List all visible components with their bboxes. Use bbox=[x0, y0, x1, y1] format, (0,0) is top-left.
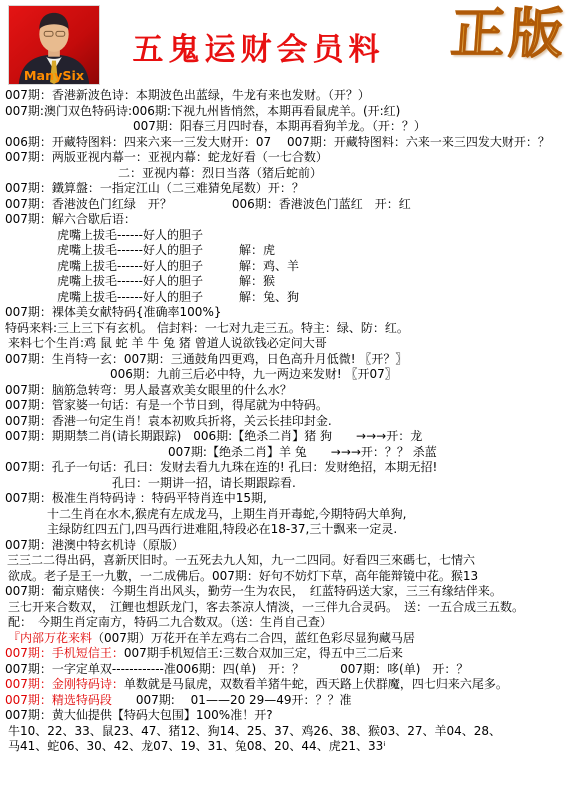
text-line: 欲成。老子是王一九數，一二成佛后。007期：好句不妨灯下草，高年能辩镜中花。猴1… bbox=[0, 569, 575, 585]
badge-area: 正版 bbox=[417, 0, 575, 63]
text-segment-red: 007期：金刚特码诗： bbox=[5, 677, 124, 691]
text-segment: 007期：管家婆一句话：有是一个节日到，得尾就为中特码。 bbox=[5, 398, 328, 412]
text-segment: 孔曰：一期讲一招，请长期跟踪看. bbox=[112, 476, 296, 490]
text-line: 虎嘴上拔毛------好人的胆子 bbox=[0, 228, 575, 244]
text-segment: 007期：生肖特一玄：007期：三通鼓角四更鸡，日色高升月低微! 〖开？〗 bbox=[5, 352, 407, 366]
text-line: 007期：香港波色门红绿 开？ 006期：香港波色门蓝红 开：红 bbox=[0, 197, 575, 213]
text-segment: 006期：九前三后必中特，九一两边来发财! 〖开07〗 bbox=[110, 367, 397, 381]
text-segment: 007期：港澳中特玄机诗（原版） bbox=[5, 538, 184, 552]
text-segment: 007期：孔子一句话：孔曰：发财去看九九珠在连的! 孔曰：发财绝招，本期无招! bbox=[5, 460, 437, 474]
text-line: 007期：鐵算盤：一指定江山（二三难猜免尾数）开：？ bbox=[0, 181, 575, 197]
text-line: 007期:【绝杀二肖】羊 兔 →→→开：？？ 杀蓝 bbox=[0, 445, 575, 461]
text-line: 007期：生肖特一玄：007期：三通鼓角四更鸡，日色高升月低微! 〖开？〗 bbox=[0, 352, 575, 368]
text-line: 007期：两版亚视内幕一：亚视内幕：蛇龙好看（一七合数） bbox=[0, 150, 575, 166]
text-segment: 虎嘴上拔毛------好人的胆子 bbox=[57, 228, 203, 242]
text-segment: 007期：阳春三月四时春，本期再看狗羊龙。（开：？） bbox=[133, 119, 426, 133]
text-line: 007期：孔子一句话：孔曰：发财去看九九珠在连的! 孔曰：发财绝招，本期无招! bbox=[0, 460, 575, 476]
text-segment: 虎嘴上拔毛------好人的胆子 解：虎 bbox=[57, 243, 275, 257]
text-segment: 007期：葡京赌侠：今期生肖出风头，勤劳一生为农民， 红蓝特码送大家，三三有缘结… bbox=[5, 584, 502, 598]
text-segment: 007期:澳门双色特码诗:006期:下视九州皆悄然，本期再看鼠虎羊。(开:红) bbox=[5, 104, 400, 118]
text-segment-red: 『内部万花来料 bbox=[8, 631, 92, 645]
portrait-photo: ManySix bbox=[8, 5, 100, 85]
text-line: 007期：香港新波色诗：本期波色出蓝绿，牛龙有来也发财。（开？） bbox=[0, 88, 575, 104]
text-line: 007期：手机短信王：007期手机短信王:三数合双加三定，得五中三二后来 bbox=[0, 646, 575, 662]
text-line: 『内部万花来料（007期）万花开在羊左鸡右二合四，蓝红色彩尽显狗藏马居 bbox=[0, 631, 575, 647]
text-line: 主绿防红四五门,四马西行进难阻,特段必在18-37,三十飘来一定灵. bbox=[0, 522, 575, 538]
title-area: 五鬼运财会员料 bbox=[100, 0, 417, 69]
text-line: 马41、蛇06、30、42、龙07、19、31、兔08、20、44、虎21、33… bbox=[0, 739, 575, 755]
text-segment: 006期：开藏特图料：四来六来一三发大财开：07 007期：开藏特图料：六来一来… bbox=[5, 135, 550, 149]
text-segment: 马41、蛇06、30、42、龙07、19、31、兔08、20、44、虎21、33… bbox=[8, 739, 385, 753]
text-line: 虎嘴上拔毛------好人的胆子 解：虎 bbox=[0, 243, 575, 259]
text-line: 虎嘴上拔毛------好人的胆子 解：兔、狗 bbox=[0, 290, 575, 306]
photo-watermark: ManySix bbox=[24, 68, 84, 83]
text-segment: 007期: 01——20 29—49开：？？准 bbox=[112, 693, 352, 707]
text-line: 配： 今期生肖定南方，特码二九合数双。（送：生肖自己查） bbox=[0, 615, 575, 631]
text-segment: 007期：期期禁二肖(请长期跟踪) 006期:【绝杀二肖】猪 狗 →→→开：龙 bbox=[5, 429, 422, 443]
text-line: 007期：期期禁二肖(请长期跟踪) 006期:【绝杀二肖】猪 狗 →→→开：龙 bbox=[0, 429, 575, 445]
text-line: 007期：精选特码段 007期: 01——20 29—49开：？？准 bbox=[0, 693, 575, 709]
text-segment: 三三二二得出码，喜新厌旧时。一五死去九人知，九一二四同。好看四三來碼七，七情六 bbox=[7, 553, 475, 567]
text-line: 007期：脑筋急转弯：男人最喜欢美女眼里的什么水？ bbox=[0, 383, 575, 399]
text-segment: 007期：黄大仙提供【特码大包围】100%准！开? bbox=[5, 708, 273, 722]
text-segment: 主绿防红四五门,四马西行进难阻,特段必在18-37,三十飘来一定灵. bbox=[47, 522, 397, 536]
page-title: 五鬼运财会员料 bbox=[133, 24, 385, 69]
text-segment: 特码来料:三上三下有玄机。 信封料：一七对九走三五。特主：绿、防：红。 bbox=[5, 321, 409, 335]
text-line: 007期：黄大仙提供【特码大包围】100%准！开? bbox=[0, 708, 575, 724]
text-segment: 007期：鐵算盤：一指定江山（二三难猜免尾数）开：？ bbox=[5, 181, 304, 195]
text-line: 来料七个生肖:鸡 鼠 蛇 羊 牛 兔 猪 曾道人说欲钱必定问大哥 bbox=[0, 336, 575, 352]
text-line: 牛10、22、33、鼠23、47、猪12、狗14、25、37、鸡26、38、猴0… bbox=[0, 724, 575, 740]
text-segment: 三七开来合数双， 江鲤也想跃龙门，客去茶凉人情淡，一三伴九合灵码。 送：一五合成… bbox=[8, 600, 524, 614]
text-segment-red: 007期：精选特码段 bbox=[5, 693, 112, 707]
text-segment: 牛10、22、33、鼠23、47、猪12、狗14、25、37、鸡26、38、猴0… bbox=[8, 724, 501, 738]
text-line: 007期：阳春三月四时春，本期再看狗羊龙。（开：？） bbox=[0, 119, 575, 135]
text-line: 007期：金刚特码诗：单数就是马鼠虎，双数看羊猪牛蛇，西天路上伏群魔，四七归来六… bbox=[0, 677, 575, 693]
text-segment: 007期:【绝杀二肖】羊 兔 →→→开：？？ 杀蓝 bbox=[168, 445, 437, 459]
text-segment: 007期：香港新波色诗：本期波色出蓝绿，牛龙有来也发财。（开？） bbox=[5, 88, 370, 102]
text-segment: 虎嘴上拔毛------好人的胆子 解：猴 bbox=[57, 274, 275, 288]
tip-sheet-page: ManySix 五鬼运财会员料 正版 007期：香港新波色诗：本期波色出蓝绿，牛… bbox=[0, 0, 575, 794]
text-segment: 单数就是马鼠虎，双数看羊猪牛蛇，西天路上伏群魔，四七归来六尾多。 bbox=[124, 677, 508, 691]
text-line: 007期：一字定单双------------准006期：四(单) 开：？ 007… bbox=[0, 662, 575, 678]
text-line: 007期：极准生肖特码诗 ：特码平特肖连中15期, bbox=[0, 491, 575, 507]
text-line: 007期：解六合歇后语： bbox=[0, 212, 575, 228]
text-line: 孔曰：一期讲一招，请长期跟踪看. bbox=[0, 476, 575, 492]
text-segment: 007期：脑筋急转弯：男人最喜欢美女眼里的什么水？ bbox=[5, 383, 292, 397]
text-segment: 虎嘴上拔毛------好人的胆子 解：鸡、羊 bbox=[57, 259, 299, 273]
text-line: 虎嘴上拔毛------好人的胆子 解：猴 bbox=[0, 274, 575, 290]
text-segment: 欲成。老子是王一九數，一二成佛后。007期：好句不妨灯下草，高年能辩镜中花。猴1… bbox=[8, 569, 478, 583]
text-segment: 二：亚视内幕：烈日当落（猪后蛇前） bbox=[118, 166, 322, 180]
text-segment: 007期手机短信王:三数合双加三定，得五中三二后来 bbox=[124, 646, 403, 660]
text-segment-red: 007期：手机短信王： bbox=[5, 646, 124, 660]
text-segment: 配： 今期生肖定南方，特码二九合数双。（送：生肖自己查） bbox=[8, 615, 332, 629]
text-segment: 007期：一字定单双------------准006期：四(单) 开：？ 007… bbox=[5, 662, 468, 676]
text-segment: 007期：裸体美女献特码{准确率100%} bbox=[5, 305, 221, 319]
genuine-badge: 正版 bbox=[449, 4, 569, 63]
header: ManySix 五鬼运财会员料 正版 bbox=[0, 0, 575, 86]
text-segment: 007期：香港一句定生肖！袁本初败兵折将，关云长挂印封金. bbox=[5, 414, 332, 428]
text-segment: 来料七个生肖:鸡 鼠 蛇 羊 牛 兔 猪 曾道人说欲钱必定问大哥 bbox=[8, 336, 327, 350]
text-line: 二：亚视内幕：烈日当落（猪后蛇前） bbox=[0, 166, 575, 182]
text-line: 特码来料:三上三下有玄机。 信封料：一七对九走三五。特主：绿、防：红。 bbox=[0, 321, 575, 337]
text-segment: 007期：两版亚视内幕一：亚视内幕：蛇龙好看（一七合数） bbox=[5, 150, 328, 164]
text-line: 007期：管家婆一句话：有是一个节日到，得尾就为中特码。 bbox=[0, 398, 575, 414]
text-segment: 007期：极准生肖特码诗 ：特码平特肖连中15期, bbox=[5, 491, 267, 505]
text-line: 三七开来合数双， 江鲤也想跃龙门，客去茶凉人情淡，一三伴九合灵码。 送：一五合成… bbox=[0, 600, 575, 616]
text-line: 007期:澳门双色特码诗:006期:下视九州皆悄然，本期再看鼠虎羊。(开:红) bbox=[0, 104, 575, 120]
text-segment: （007期）万花开在羊左鸡右二合四，蓝红色彩尽显狗藏马居 bbox=[92, 631, 415, 645]
text-line: 007期：香港一句定生肖！袁本初败兵折将，关云长挂印封金. bbox=[0, 414, 575, 430]
text-line: 007期：港澳中特玄机诗（原版） bbox=[0, 538, 575, 554]
text-segment: 007期：香港波色门红绿 开？ 006期：香港波色门蓝红 开：红 bbox=[5, 197, 411, 211]
text-line: 006期：开藏特图料：四来六来一三发大财开：07 007期：开藏特图料：六来一来… bbox=[0, 135, 575, 151]
text-segment: 007期：解六合歇后语： bbox=[5, 212, 136, 226]
text-segment: 十二生肖在水木,猴虎有左成龙马，上期生肖开毒蛇,今期特码大单狗, bbox=[47, 507, 406, 521]
text-line: 007期：裸体美女献特码{准确率100%} bbox=[0, 305, 575, 321]
text-line: 十二生肖在水木,猴虎有左成龙马，上期生肖开毒蛇,今期特码大单狗, bbox=[0, 507, 575, 523]
text-line: 007期：葡京赌侠：今期生肖出风头，勤劳一生为农民， 红蓝特码送大家，三三有缘结… bbox=[0, 584, 575, 600]
text-line: 三三二二得出码，喜新厌旧时。一五死去九人知，九一二四同。好看四三來碼七，七情六 bbox=[0, 553, 575, 569]
text-line: 006期：九前三后必中特，九一两边来发财! 〖开07〗 bbox=[0, 367, 575, 383]
text-segment: 虎嘴上拔毛------好人的胆子 解：兔、狗 bbox=[57, 290, 299, 304]
text-body: 007期：香港新波色诗：本期波色出蓝绿，牛龙有来也发财。（开？）007期:澳门双… bbox=[0, 86, 575, 755]
portrait-illustration: ManySix bbox=[9, 6, 99, 84]
text-line: 虎嘴上拔毛------好人的胆子 解：鸡、羊 bbox=[0, 259, 575, 275]
